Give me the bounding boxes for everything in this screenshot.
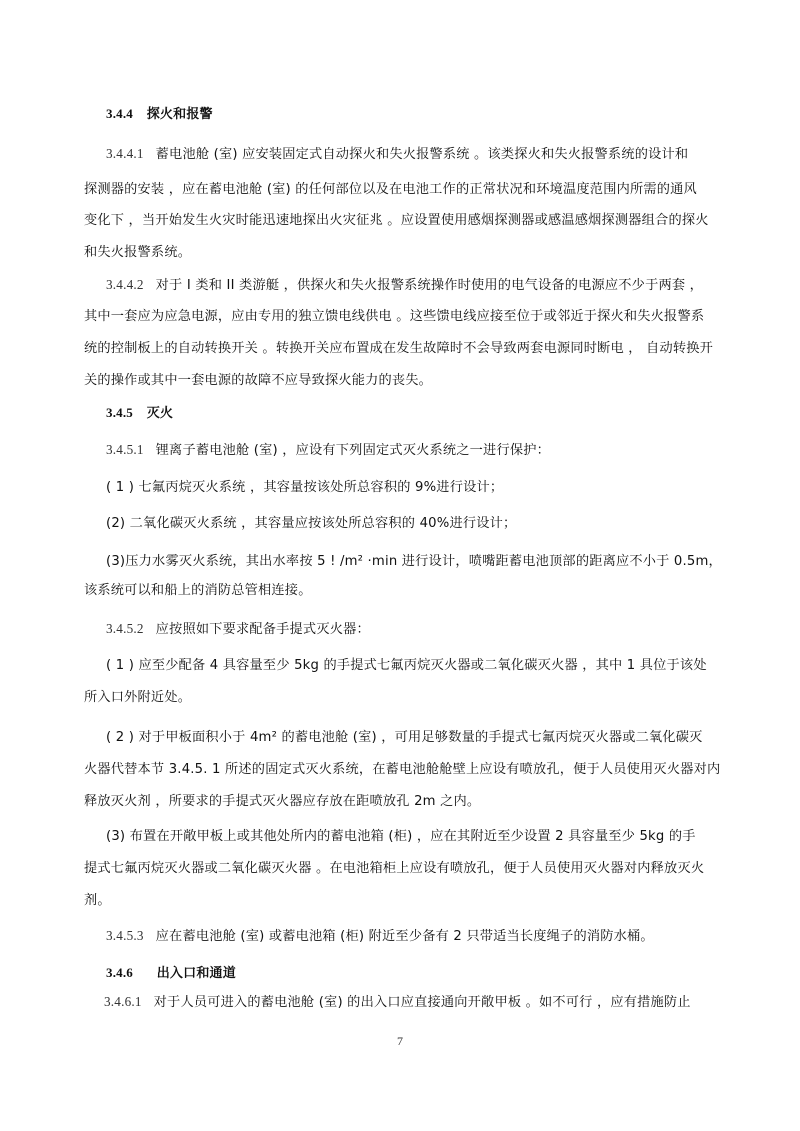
clause-text: 蓄电池舱 (室) 应安装固定式自动探火和失火报警系统 。该类探火和失火报警系统的… (156, 147, 689, 162)
clause-3-4-4-2-line-1: 3.4.4.2对于 I 类和 II 类游艇 ，供探火和失火报警系统操作时使用的电… (106, 275, 746, 296)
clause-text: 应在蓄电池舱 (室) 或蓄电池箱 (柜) 附近至少备有 2 只带适当长度绳子的消… (156, 929, 654, 944)
clause-3-4-4-1-line-1: 3.4.4.1蓄电池舱 (室) 应安装固定式自动探火和失火报警系统 。该类探火和… (106, 144, 746, 165)
list-item-3-line-2: 提式七氟丙烷灭火器或二氧化碳灭火器 。在电池箱柜上应设有喷放孔，便于人员使用灭火… (84, 859, 724, 879)
clause-3-4-4-2-line-4: 关的操作或其中一套电源的故障不应导致探火能力的丧失。 (84, 371, 724, 391)
section-number: 3.4.6 (106, 963, 152, 983)
clause-text: 锂离子蓄电池舱 (室) ，应设有下列固定式灭火系统之一进行保护： (156, 443, 550, 458)
section-title: 灭火 (147, 406, 173, 421)
section-heading-3-4-6: 3.4.6 出入口和通道 (106, 963, 746, 984)
clause-3-4-4-2-line-2: 其中一套应为应急电源，应由专用的独立馈电线供电 。这些馈电线应接至位于或邻近于探… (84, 307, 724, 327)
list-item-3-line-2: 该系统可以和船上的消防总管相连接。 (84, 581, 724, 601)
clause-3-4-4-1-line-2: 探测器的安装 ，应在蓄电池舱 (室) 的任何部位以及在电池工作的正常状况和环境温… (84, 180, 724, 200)
clause-3-4-5-2-line-1: 3.4.5.2应按照如下要求配备手提式灭火器： (106, 619, 746, 640)
list-item-3-line-3: 剂。 (84, 891, 724, 911)
clause-3-4-5-3: 3.4.5.3应在蓄电池舱 (室) 或蓄电池箱 (柜) 附近至少备有 2 只带适… (106, 926, 746, 947)
section-heading-3-4-4: 3.4.4 探火和报警 (106, 104, 746, 125)
clause-number: 3.4.4.2 (106, 277, 144, 292)
clause-number: 3.4.6.1 (104, 994, 142, 1009)
list-item-2-line-1: ( 2 ) 对于甲板面积小于 4m² 的蓄电池舱 (室) ，可用足够数量的手提式… (106, 728, 746, 748)
clause-text: 应按照如下要求配备手提式灭火器： (156, 622, 370, 637)
document-page: 3.4.4 探火和报警 3.4.4.1蓄电池舱 (室) 应安装固定式自动探火和失… (0, 0, 800, 1131)
list-item-2-line-3: 释放灭火剂 ，所要求的手提式灭火器应存放在距喷放孔 2m 之内。 (84, 792, 724, 812)
section-number: 3.4.5 (106, 403, 142, 423)
list-item-1-line-1: ( 1 ) 应至少配备 4 具容量至少 5kg 的手提式七氟丙烷灭火器或二氧化碳… (106, 656, 746, 676)
clause-number: 3.4.5.3 (106, 928, 144, 943)
clause-3-4-4-1-line-4: 和失火报警系统。 (84, 243, 724, 263)
clause-3-4-4-2-line-3: 统的控制板上的自动转换开关 。转换开关应布置成在发生故障时不会导致两套电源同时断… (84, 339, 724, 359)
clause-number: 3.4.5.1 (106, 442, 144, 457)
section-title: 探火和报警 (147, 107, 213, 122)
list-item-1: ( 1 ) 七氟丙烷灭火系统 ，其容量按该处所总容积的 9%进行设计； (106, 478, 746, 498)
clause-3-4-5-1-line-1: 3.4.5.1锂离子蓄电池舱 (室) ，应设有下列固定式灭火系统之一进行保护： (106, 440, 746, 461)
section-number: 3.4.4 (106, 104, 142, 124)
clause-3-4-4-1-line-3: 变化下 ，当开始发生火灾时能迅速地探出火灾征兆 。应设置使用感烟探测器或感温感烟… (84, 211, 724, 231)
list-item-2-line-2: 火器代替本节 3.4.5. 1 所述的固定式灭火系统，在蓄电池舱舱壁上应设有喷放… (84, 760, 724, 780)
list-item-3-line-1: (3)压力水雾灭火系统，其出水率按 5 ! /m² ·min 进行设计，喷嘴距蓄… (106, 552, 746, 572)
list-item-1-line-2: 所入口外附近处。 (84, 688, 724, 708)
clause-3-4-6-1: 3.4.6.1对于人员可进入的蓄电池舱 (室) 的出入口应直接通向开敞甲板 。如… (104, 992, 744, 1013)
clause-number: 3.4.4.1 (106, 146, 144, 161)
list-item-2: (2) 二氧化碳灭火系统 ，其容量应按该处所总容积的 40%进行设计； (106, 514, 746, 534)
page-number: 7 (0, 1034, 800, 1049)
section-title: 出入口和通道 (157, 966, 236, 981)
section-heading-3-4-5: 3.4.5 灭火 (106, 403, 746, 424)
clause-text: 对于 I 类和 II 类游艇 ，供探火和失火报警系统操作时使用的电气设备的电源应… (156, 278, 703, 293)
list-item-3-line-1: (3) 布置在开敞甲板上或其他处所内的蓄电池箱 (柜) ，应在其附近至少设置 2… (106, 827, 746, 847)
clause-text: 对于人员可进入的蓄电池舱 (室) 的出入口应直接通向开敞甲板 。如不可行 ，应有… (154, 995, 691, 1010)
clause-number: 3.4.5.2 (106, 621, 144, 636)
